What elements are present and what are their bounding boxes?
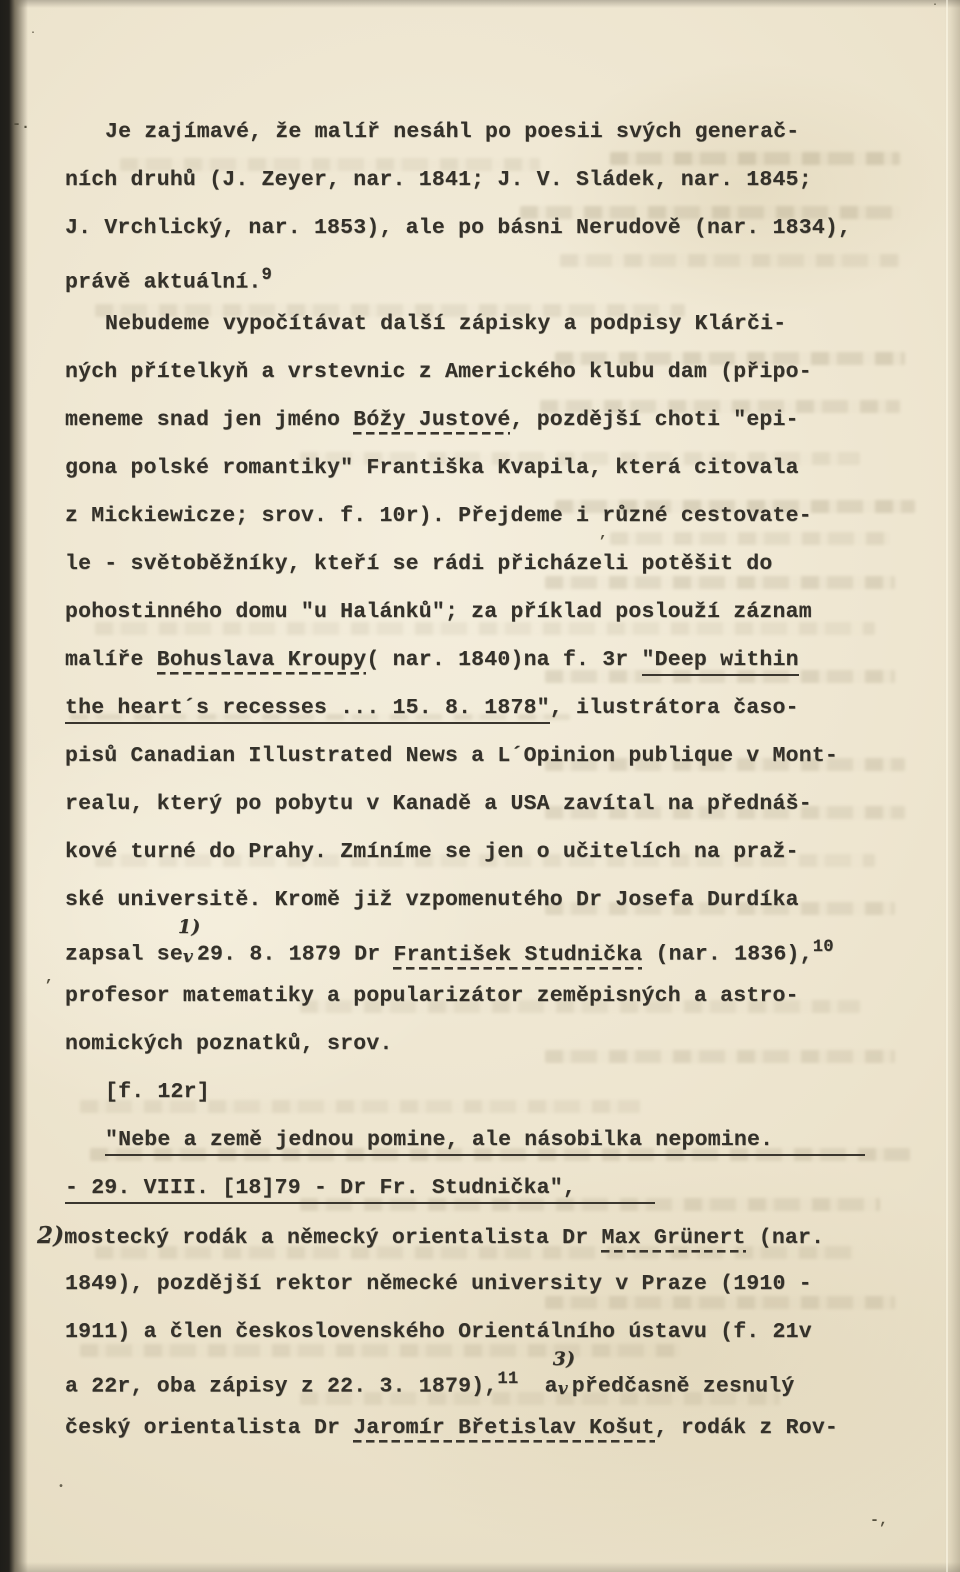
handwritten-insert: 1)v <box>183 931 197 979</box>
text-line: realu, který po pobytu v Kanadě a USA za… <box>65 780 950 828</box>
text-segment: J. Vrchlický, nar. 1853), ale po básni N… <box>65 216 851 240</box>
stray-mark: -. <box>12 116 30 133</box>
underlined-name: František Studnička <box>393 943 642 970</box>
stray-mark: -, <box>870 1512 888 1529</box>
text-segment: , pozdější choti "epi- <box>510 408 798 432</box>
text-segment: 29. 8. 1879 Dr <box>197 943 394 967</box>
scan-edge-top <box>0 0 960 8</box>
underlined-name: Bóžy Justové <box>353 408 510 435</box>
text-line: právě aktuální.9 <box>65 252 950 300</box>
text-segment: právě aktuální. <box>65 271 262 295</box>
text-line: ních druhů (J. Zeyer, nar. 1841; J. V. S… <box>65 156 950 204</box>
text-segment: gona polské romantiky" Františka Kvapila… <box>65 456 799 480</box>
text-line: kové turné do Prahy. Zmíníme se jen o uč… <box>65 828 950 876</box>
text-line: malíře Bohuslava Kroupy( nar. 1840)na f.… <box>65 636 950 684</box>
text-line: Je zajímavé, že malíř nesáhl po poesii s… <box>105 108 950 156</box>
text-segment: 1911) a člen československého Orientální… <box>65 1320 812 1344</box>
text-segment: realu, který po pobytu v Kanadě a USA za… <box>65 792 812 816</box>
underlined-passage: the heart´s recesses ... 15. 8. 1878" <box>65 696 550 724</box>
underlined-name: Max Grünert <box>601 1226 745 1253</box>
stray-mark: · <box>932 0 938 11</box>
text-line: pisů Canadian Illustrated News a L´Opini… <box>65 732 950 780</box>
text-segment: 1849), pozdější rektor německé universit… <box>65 1272 812 1296</box>
text-segment: z Mickiewicze; srov. f. 10r). Přejdeme i… <box>65 504 812 528</box>
text-segment: a 22r, oba zápisy z 22. 3. 1879), <box>65 1375 497 1399</box>
text-line: le - světoběžníky, kteří se rádi přicház… <box>65 540 950 588</box>
handwritten-insert: 3)v <box>558 1363 572 1411</box>
text-segment: le - světoběžníky, kteří se rádi přicház… <box>65 552 773 576</box>
text-segment: meneme snad jen jméno <box>65 408 353 432</box>
text-segment: (nar. 1836), <box>642 943 812 967</box>
text-line: Nebudeme vypočítávat další zápisky a pod… <box>105 300 950 348</box>
text-segment: , rodák z Rov- <box>655 1416 838 1440</box>
text-line: meneme snad jen jméno Bóžy Justové, pozd… <box>65 396 950 444</box>
underlined-passage: "Deep within <box>642 648 799 676</box>
stray-mark: ’ <box>598 534 607 551</box>
footnote-number: 11 <box>497 1370 518 1389</box>
text-line: - 29. VIII. [18]79 - Dr Fr. Studnička", <box>65 1164 950 1212</box>
text-line: z Mickiewicze; srov. f. 10r). Přejdeme i… <box>65 492 950 540</box>
text-segment: mostecký rodák a německý orientalista Dr <box>64 1226 601 1250</box>
text-segment: ( nar. 1840)na f. 3r <box>366 648 641 672</box>
text-segment: Je zajímavé, že malíř nesáhl po poesii s… <box>105 120 799 144</box>
text-line: profesor matematiky a popularizátor země… <box>65 972 950 1020</box>
page-crease <box>946 0 948 1572</box>
footnote-number: 10 <box>813 938 834 957</box>
text-line: nomických poznatků, srov. <box>65 1020 950 1068</box>
text-segment: [f. 12r] <box>105 1080 210 1104</box>
stray-mark: • <box>58 1482 64 1493</box>
text-line: ných přítelkyň a vrstevnic z Amerického … <box>65 348 950 396</box>
text-line: [f. 12r] <box>105 1068 950 1116</box>
text-segment: profesor matematiky a popularizátor země… <box>65 984 799 1008</box>
typewritten-text: Je zajímavé, že malíř nesáhl po poesii s… <box>65 108 950 1452</box>
text-segment: nomických poznatků, srov. <box>65 1032 393 1056</box>
underlined-passage: "Nebe a země jednou pomine, ale násobilk… <box>105 1128 865 1156</box>
underlined-passage: - 29. VIII. [18]79 - Dr Fr. Studnička", <box>65 1176 655 1204</box>
footnote-number: 9 <box>262 266 273 285</box>
text-segment: pisů Canadian Illustrated News a L´Opini… <box>65 744 838 768</box>
scanned-typescript-page: { "page": { "kind": "scanned typewritten… <box>0 0 960 1572</box>
text-line: pohostinného domu "u Halánků"; za příkla… <box>65 588 950 636</box>
text-line: 2)mostecký rodák a německý orientalista … <box>37 1212 950 1260</box>
text-segment: malíře <box>65 648 157 672</box>
text-segment: Nebudeme vypočítávat další zápisky a pod… <box>105 312 786 336</box>
text-segment: ské universitě. Kromě již vzpomenutého D… <box>65 888 799 912</box>
text-line: 1911) a člen československého Orientální… <box>65 1308 950 1356</box>
text-line: the heart´s recesses ... 15. 8. 1878", i… <box>65 684 950 732</box>
text-line: a 22r, oba zápisy z 22. 3. 1879),11 a3)v… <box>65 1356 950 1404</box>
scan-edge-left <box>0 0 28 1572</box>
text-segment: (nar. <box>746 1226 825 1250</box>
text-segment: zapsal se <box>65 943 183 967</box>
text-segment: ních druhů (J. Zeyer, nar. 1841; J. V. S… <box>65 168 812 192</box>
underlined-name: Bohuslava Kroupy <box>157 648 367 675</box>
text-segment: pohostinného domu "u Halánků"; za příkla… <box>65 600 812 624</box>
text-line: český orientalista Dr Jaromír Břetislav … <box>65 1404 950 1452</box>
handwritten-margin-note: 2) <box>37 1222 64 1249</box>
underlined-name: Jaromír Břetislav Košut <box>353 1416 654 1443</box>
text-segment: předčasně zesnulý <box>572 1375 795 1399</box>
text-segment: ných přítelkyň a vrstevnic z Amerického … <box>65 360 812 384</box>
text-line: 1849), pozdější rektor německé universit… <box>65 1260 950 1308</box>
text-line: gona polské romantiky" Františka Kvapila… <box>65 444 950 492</box>
text-segment: , ilustrátora časo- <box>550 696 799 720</box>
text-segment: kové turné do Prahy. Zmíníme se jen o uč… <box>65 840 799 864</box>
text-line: zapsal se1)v29. 8. 1879 Dr František Stu… <box>65 924 950 972</box>
stray-mark: · <box>30 28 36 39</box>
stray-mark: ’ <box>44 978 53 995</box>
text-segment: český orientalista Dr <box>65 1416 353 1440</box>
text-line: J. Vrchlický, nar. 1853), ale po básni N… <box>65 204 950 252</box>
scan-edge-bottom <box>0 1562 960 1572</box>
text-line: "Nebe a země jednou pomine, ale násobilk… <box>105 1116 950 1164</box>
